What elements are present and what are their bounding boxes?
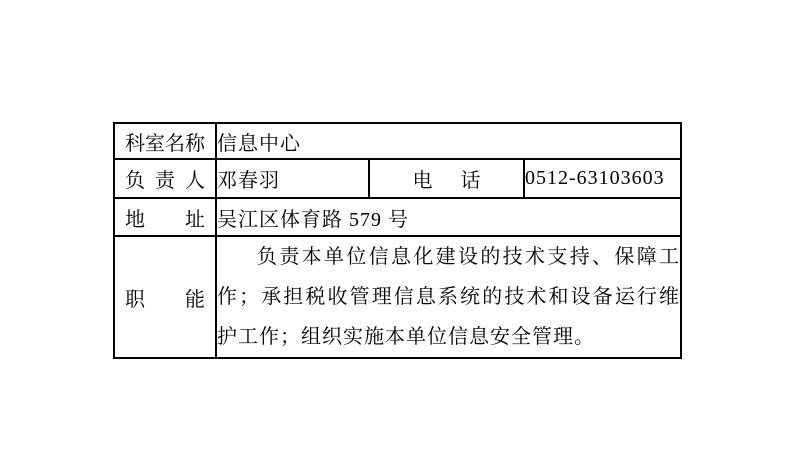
phone-value: 0512-63103603	[525, 167, 665, 189]
manager-value: 邓春羽	[217, 170, 280, 192]
table-row-department: 科室名称 信息中心	[114, 123, 681, 159]
functions-value-cell: 负责本单位信息化建设的技术支持、保障工 作；承担税收管理信息系统的技术和设备运行…	[216, 236, 681, 358]
manager-label: 负责人	[125, 164, 205, 193]
functions-text-line: 作；承担税收管理信息系统的技术和设备运行维	[217, 277, 680, 317]
department-value-cell: 信息中心	[216, 123, 681, 159]
address-value: 吴江区体育路 579 号	[217, 209, 409, 231]
manager-value-cell: 邓春羽	[216, 159, 369, 198]
functions-label: 职能	[125, 283, 205, 312]
manager-label-cell: 负责人	[114, 159, 216, 198]
address-value-cell: 吴江区体育路 579 号	[216, 198, 681, 236]
phone-label-cell: 电话	[369, 159, 524, 198]
address-label-cell: 地址	[114, 198, 216, 236]
functions-text-line: 负责本单位信息化建设的技术支持、保障工	[217, 237, 680, 277]
functions-text-line: 护工作；组织实施本单位信息安全管理。	[217, 317, 680, 357]
table-row-address: 地址 吴江区体育路 579 号	[114, 198, 681, 236]
department-label: 科室名称	[125, 127, 205, 156]
document-page: 科室名称 信息中心 负责人 邓春羽 电话 0512-63103603	[0, 0, 787, 459]
phone-label: 电话	[413, 164, 481, 193]
table-row-manager: 负责人 邓春羽 电话 0512-63103603	[114, 159, 681, 198]
phone-value-cell: 0512-63103603	[524, 159, 681, 198]
department-label-cell: 科室名称	[114, 123, 216, 159]
table-row-functions: 职能 负责本单位信息化建设的技术支持、保障工 作；承担税收管理信息系统的技术和设…	[114, 236, 681, 358]
department-value: 信息中心	[217, 133, 301, 155]
functions-label-cell: 职能	[114, 236, 216, 358]
address-label: 地址	[125, 203, 205, 232]
department-info-table: 科室名称 信息中心 负责人 邓春羽 电话 0512-63103603	[113, 122, 682, 359]
